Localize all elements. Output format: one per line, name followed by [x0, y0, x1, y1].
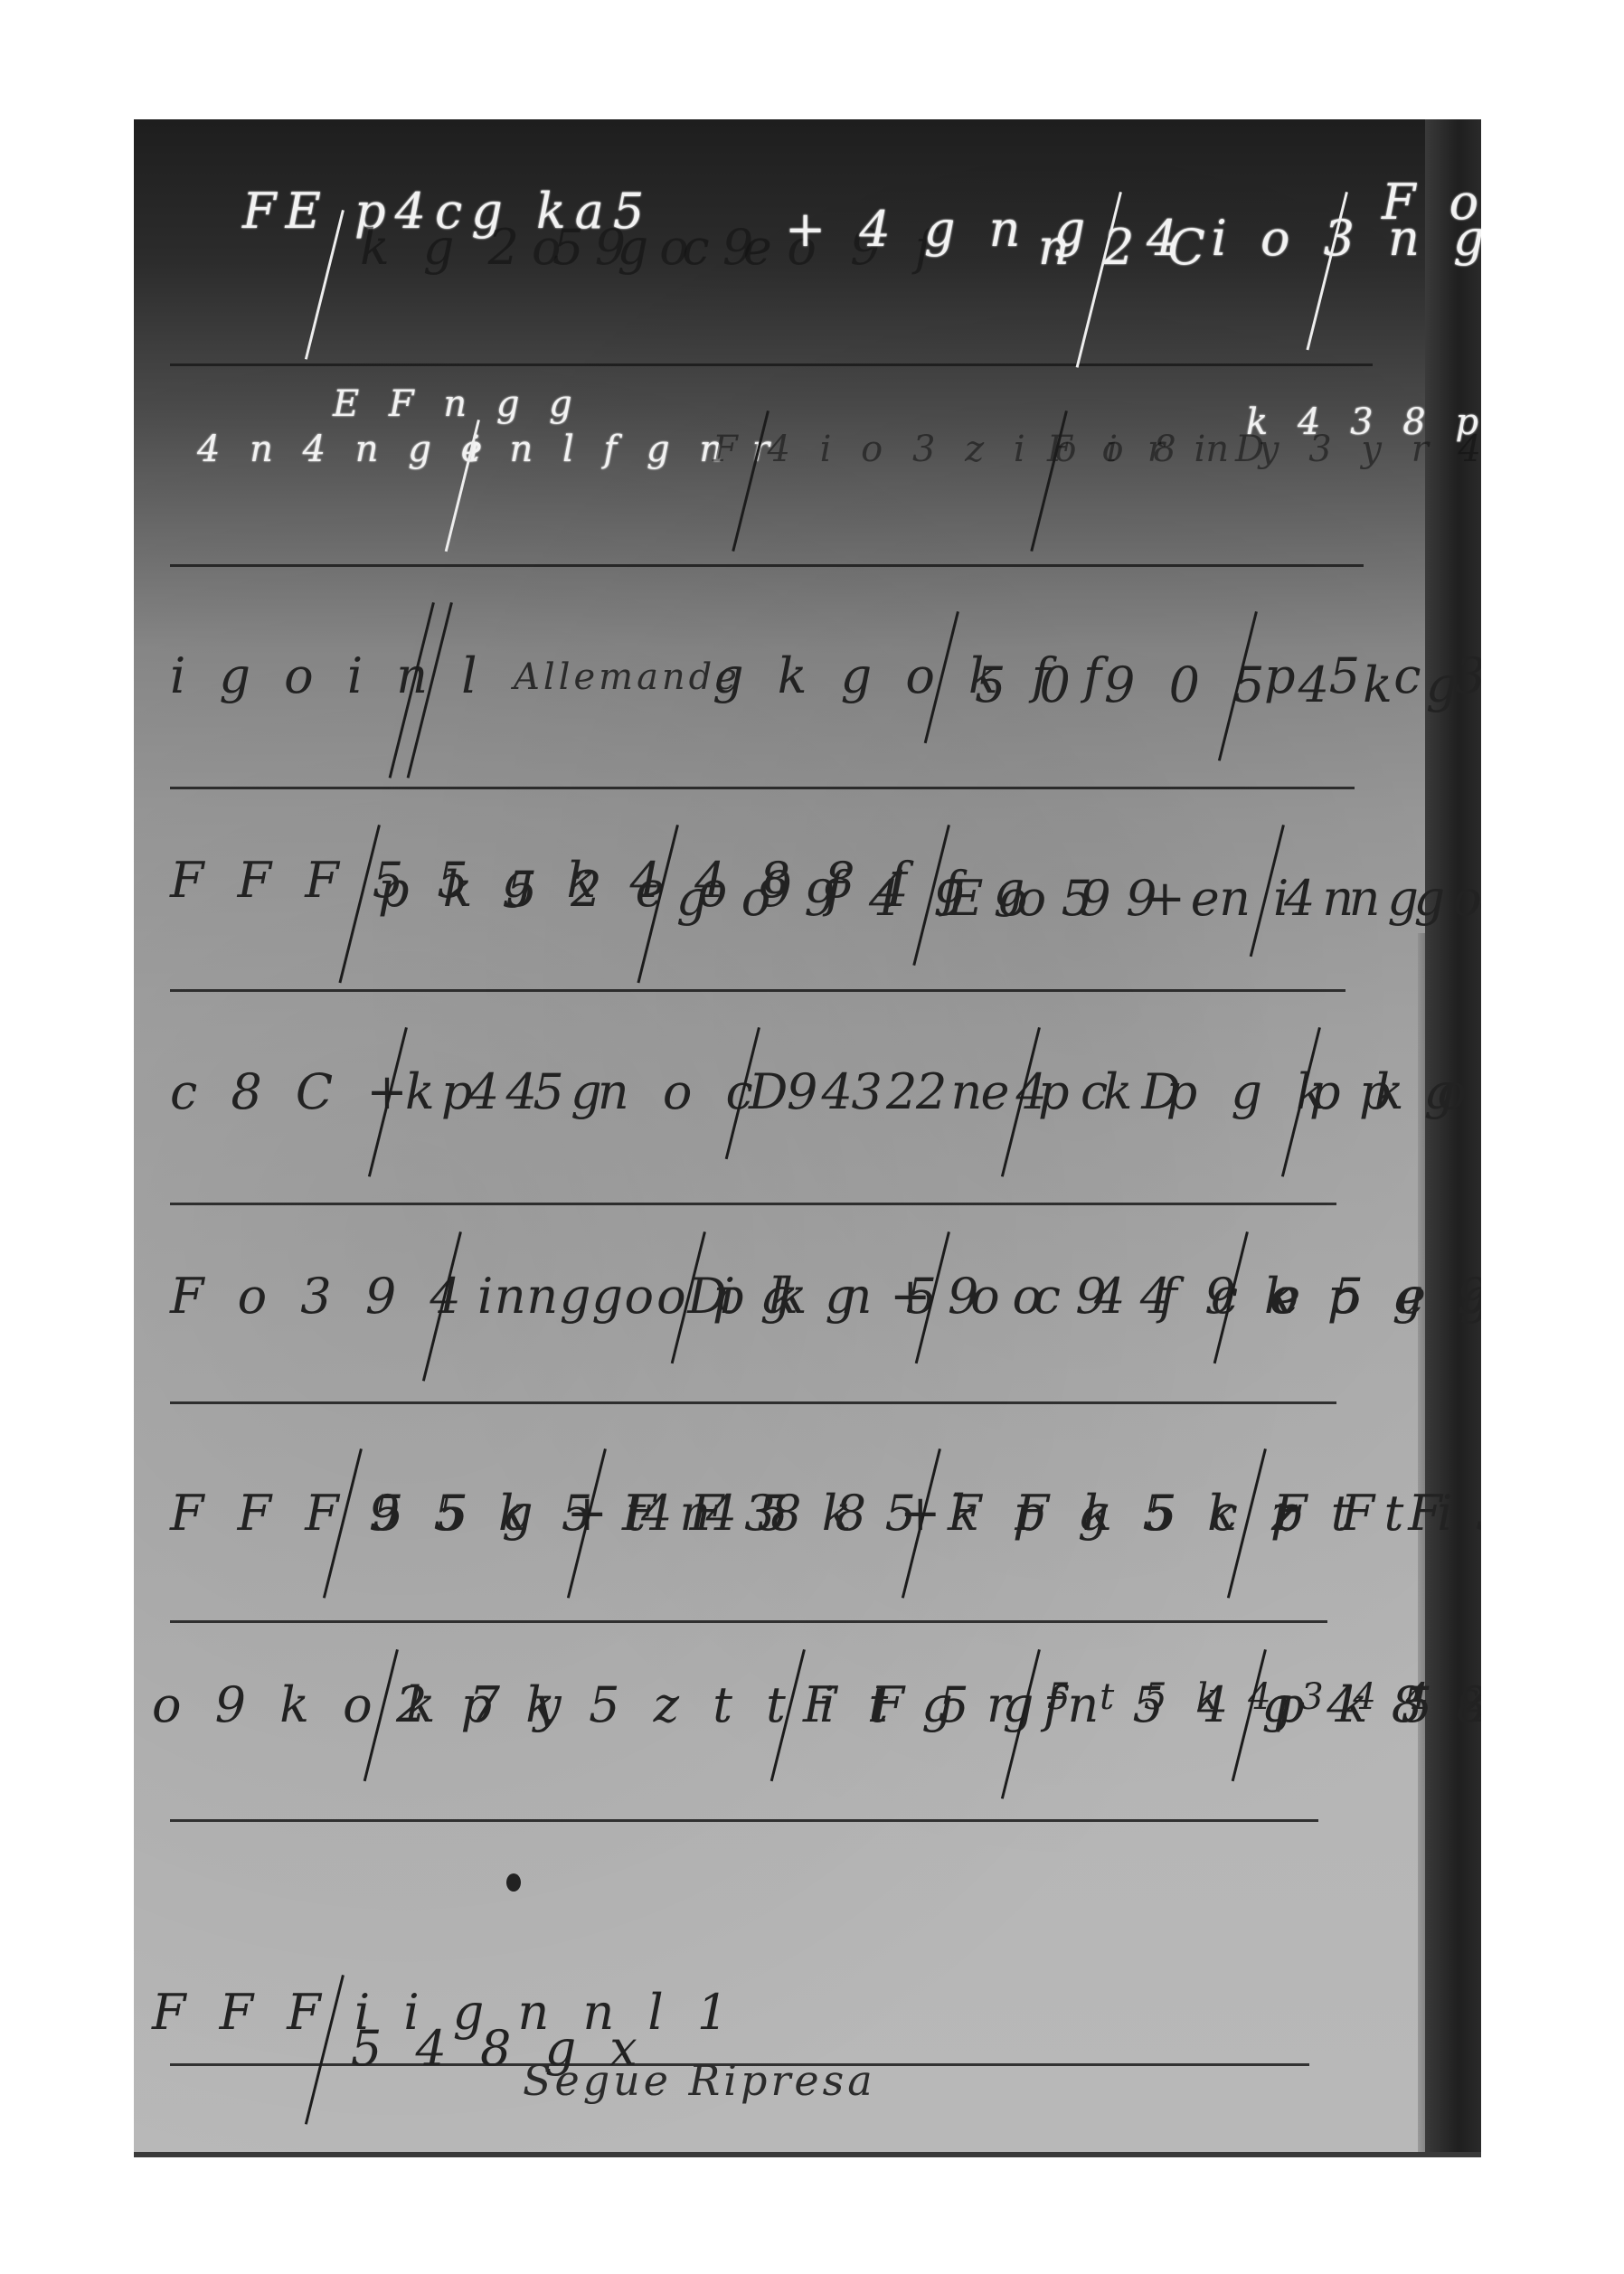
tab-segment: p k o 9 3 D — [1309, 1063, 1481, 1120]
tab-system-1: FE p4cg ka5 k g 2 5 g c e o 9 o 9 o 9 f … — [134, 137, 1481, 363]
tab-system-9: F F F i i g n n l 1 5 4 8 g x Segue Ripr… — [134, 1821, 1481, 2157]
tab-segment: E F n g g — [333, 383, 581, 425]
tab-segment: F F F 5 5 8 + 4 4 8 8 — [1273, 1485, 1481, 1542]
tab-segment: F o 8 3 2 y — [1382, 174, 1481, 231]
tab-segment: k 4 3 8 p 5 n t i t 4 r c g — [1246, 401, 1481, 443]
tab-segment: p k 5 4 3 g — [1273, 1676, 1481, 1733]
tab-system-2: 4 n 4 n g e E F n g g i n l f g n r F 4 … — [134, 365, 1481, 564]
tab-system-8: o 9 k o k 7 y 2 p k 5 z t t i t g r f F … — [134, 1622, 1481, 1819]
tab-system-5: c 8 C + p 4 g k 4 5 n o c 9 3 2 e D 4 2 … — [134, 991, 1481, 1203]
tab-segment: 4 n 4 n g e — [197, 429, 491, 470]
closing-label: Segue Ripresa — [523, 2056, 876, 2105]
tab-segment: k p g 9 2 — [1264, 1268, 1481, 1325]
tab-system-7: F F F 5 5 g + 4 4 8 8 + 9 5 k 5 t n 3 F … — [134, 1403, 1481, 1620]
tab-system-3: i g o i n l Allemande g k g o k f f 5 0 … — [134, 566, 1481, 787]
tab-segment: i n g o i k — [1273, 870, 1481, 927]
tab-system-4: F F F 5 5 g k 4 4 8 8 f p k 5 2 e o 9 f … — [134, 788, 1481, 989]
tab-segment: p 5 c 3 9 4 g f — [1264, 647, 1481, 704]
dance-title: Allemande — [514, 656, 741, 698]
manuscript-photo: FE p4cg ka5 k g 2 5 g c e o 9 o 9 o 9 f … — [134, 119, 1481, 2157]
tab-system-6: F o 3 9 4 n g o D g g + i n g o i k p k … — [134, 1204, 1481, 1401]
